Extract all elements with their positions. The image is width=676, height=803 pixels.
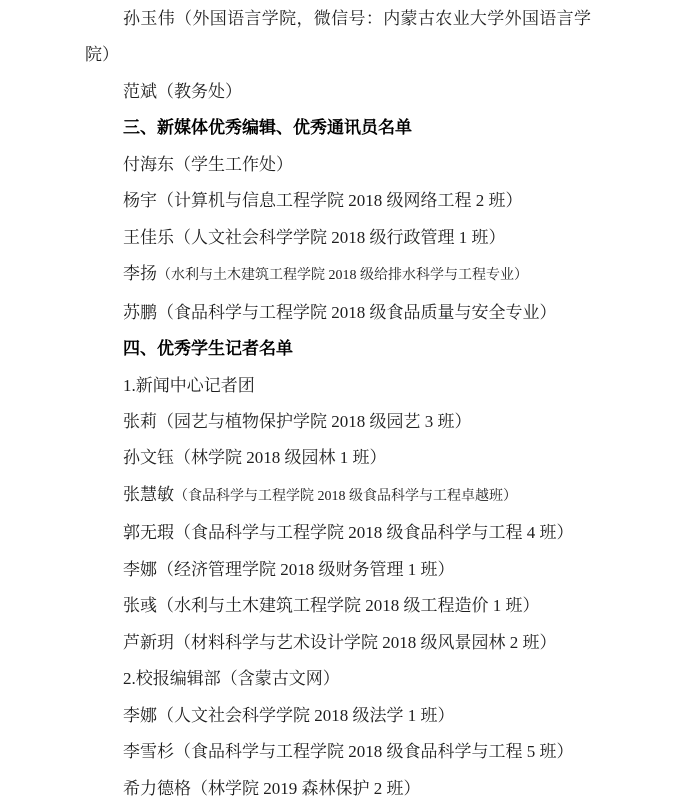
paragraph: 李娜（经济管理学院 2018 级财务管理 1 班） xyxy=(85,552,591,588)
section-heading: 四、优秀学生记者名单 xyxy=(85,331,591,367)
paragraph: 李雪杉（食品科学与工程学院 2018 级食品科学与工程 5 班） xyxy=(85,734,591,770)
paragraph: 张莉（园艺与植物保护学院 2018 级园艺 3 班） xyxy=(85,404,591,440)
paragraph: 孙文钰（林学院 2018 级园林 1 班） xyxy=(85,440,591,476)
text-segment: 张慧敏 xyxy=(123,485,174,504)
text-segment: 李扬 xyxy=(123,264,157,283)
paragraph: 付海东（学生工作处） xyxy=(85,147,591,183)
paragraph-line: 孙玉伟（外国语言学院，微信号：内蒙古农业大学外国语言学 xyxy=(85,1,591,37)
paragraph-line: 院） xyxy=(85,37,591,73)
paragraph: 芦新玥（材料科学与艺术设计学院 2018 级风景园林 2 班） xyxy=(85,625,591,661)
paragraph: 苏鹏（食品科学与工程学院 2018 级食品质量与安全专业） xyxy=(85,295,591,331)
paragraph: 张慧敏（食品科学与工程学院 2018 级食品科学与工程卓越班） xyxy=(85,477,591,515)
paragraph: 李扬（水利与土木建筑工程学院 2018 级给排水科学与工程专业） xyxy=(85,256,591,294)
paragraph: 张彧（水利与土木建筑工程学院 2018 级工程造价 1 班） xyxy=(85,588,591,624)
paragraph: 李娜（人文社会科学学院 2018 级法学 1 班） xyxy=(85,698,591,734)
text-segment: （水利与土木建筑工程学院 2018 级给排水科学与工程专业） xyxy=(157,268,528,283)
document-page: 孙玉伟（外国语言学院，微信号：内蒙古农业大学外国语言学院）范斌（教务处）三、新媒… xyxy=(0,0,676,803)
paragraph: 2.校报编辑部（含蒙古文网） xyxy=(85,661,591,697)
paragraph: 范斌（教务处） xyxy=(85,74,591,110)
paragraph: 希力德格（林学院 2019 森林保护 2 班） xyxy=(85,771,591,803)
text-segment: （食品科学与工程学院 2018 级食品科学与工程卓越班） xyxy=(174,489,517,504)
paragraph: 王佳乐（人文社会科学学院 2018 级行政管理 1 班） xyxy=(85,220,591,256)
paragraph: 孙玉伟（外国语言学院，微信号：内蒙古农业大学外国语言学院） xyxy=(85,1,591,74)
document-body: 孙玉伟（外国语言学院，微信号：内蒙古农业大学外国语言学院）范斌（教务处）三、新媒… xyxy=(0,0,676,803)
section-heading: 三、新媒体优秀编辑、优秀通讯员名单 xyxy=(85,110,591,146)
paragraph: 杨宇（计算机与信息工程学院 2018 级网络工程 2 班） xyxy=(85,183,591,219)
paragraph: 郭无瑕（食品科学与工程学院 2018 级食品科学与工程 4 班） xyxy=(85,515,591,551)
paragraph: 1.新闻中心记者团 xyxy=(85,368,591,404)
